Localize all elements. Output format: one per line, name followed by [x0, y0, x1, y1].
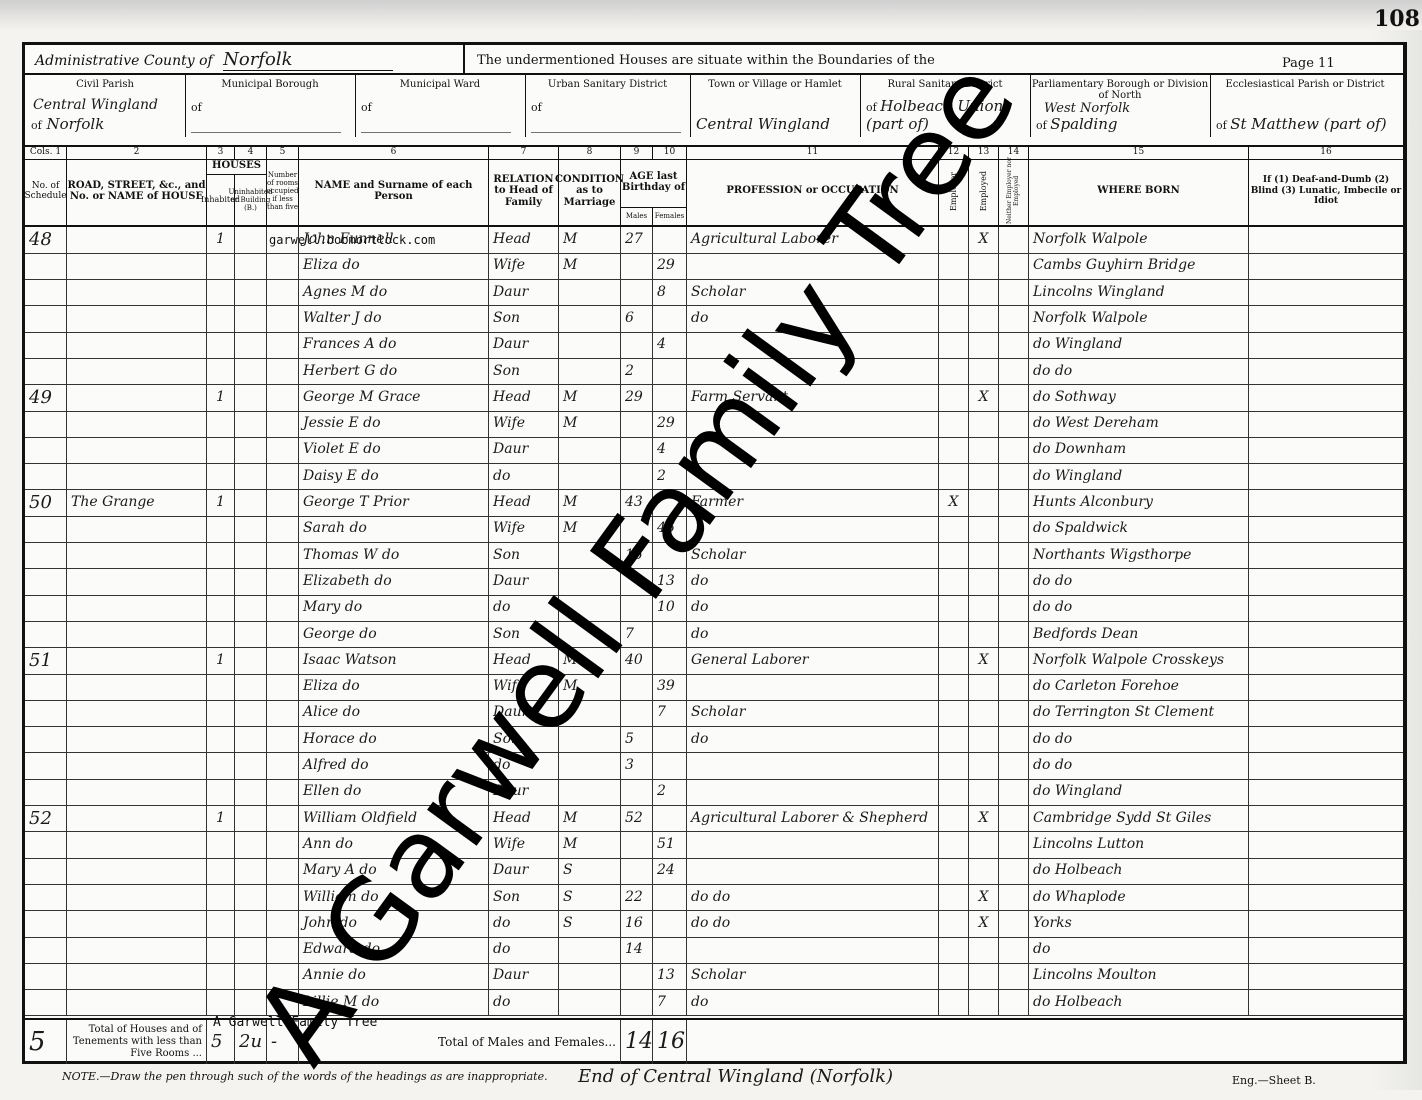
cell-rooms — [267, 306, 299, 332]
cell-schedule-number — [25, 306, 67, 332]
table-row: George doSon7doBedfords Dean — [25, 622, 1403, 649]
cell-relation: do — [489, 990, 559, 1016]
cell-infirmity — [1249, 963, 1403, 989]
cell-schedule-number — [25, 858, 67, 884]
cell-inhabited — [207, 569, 235, 595]
cell-male-age: 52 — [621, 806, 653, 832]
cell-employer — [939, 359, 969, 385]
cell-relation: Wife — [489, 411, 559, 437]
boundary-urban-sanitary: Urban Sanitary District of _____________… — [525, 75, 691, 137]
table-row: Eliza doWifeM29Cambs Guyhirn Bridge — [25, 253, 1403, 280]
cell-where-born: Lincolns Lutton — [1029, 832, 1249, 858]
cell-address — [67, 595, 207, 621]
cell-inhabited — [207, 411, 235, 437]
cell-relation: Son — [489, 543, 559, 569]
cell-neither — [999, 832, 1029, 858]
cell-infirmity — [1249, 779, 1403, 805]
cell-address — [67, 332, 207, 358]
cell-employer — [939, 911, 969, 937]
cell-rooms — [267, 280, 299, 306]
cell-inhabited — [207, 753, 235, 779]
cell-occupation: General Laborer — [687, 648, 939, 674]
cell-male-age — [621, 832, 653, 858]
cell-uninhabited — [235, 253, 267, 279]
cell-neither — [999, 806, 1029, 832]
cell-neither — [999, 648, 1029, 674]
header-where-born: WHERE BORN — [1029, 157, 1249, 225]
cell-where-born: Norfolk Walpole — [1029, 227, 1249, 253]
cell-occupation: do — [687, 990, 939, 1016]
cell-schedule-number — [25, 779, 67, 805]
cell-relation: Daur — [489, 280, 559, 306]
cell-rooms — [267, 332, 299, 358]
cell-male-age — [621, 280, 653, 306]
cell-address — [67, 885, 207, 911]
cell-condition — [559, 937, 621, 963]
cell-where-born: do Terrington St Clement — [1029, 700, 1249, 726]
cell-where-born: Lincolns Wingland — [1029, 280, 1249, 306]
cell-employed: X — [969, 648, 999, 674]
cell-occupation: do — [687, 727, 939, 753]
cell-address — [67, 727, 207, 753]
cell-schedule-number — [25, 516, 67, 542]
cell-employer — [939, 806, 969, 832]
cell-where-born: do Holbeach — [1029, 858, 1249, 884]
header-address: ROAD, STREET, &c., and No. or NAME of HO… — [67, 157, 207, 225]
cell-infirmity — [1249, 516, 1403, 542]
cell-relation: Son — [489, 306, 559, 332]
cell-rooms — [267, 359, 299, 385]
cell-female-age — [653, 911, 687, 937]
cell-employed — [969, 858, 999, 884]
table-row: John dodoS16do doXYorks — [25, 911, 1403, 938]
cell-address — [67, 753, 207, 779]
cell-neither — [999, 779, 1029, 805]
cell-male-age: 3 — [621, 753, 653, 779]
cell-male-age — [621, 990, 653, 1016]
cell-inhabited — [207, 700, 235, 726]
cell-occupation: Scholar — [687, 963, 939, 989]
cell-neither — [999, 306, 1029, 332]
cell-uninhabited — [235, 227, 267, 253]
header-condition: CONDITION as to Marriage — [559, 157, 621, 225]
total-males: 14 — [621, 1020, 653, 1064]
table-row: Edward dodo14do — [25, 937, 1403, 964]
cell-address: The Grange — [67, 490, 207, 516]
cell-inhabited: 1 — [207, 227, 235, 253]
cell-rooms — [267, 437, 299, 463]
cell-condition — [559, 306, 621, 332]
cell-person-name: Daisy E do — [299, 464, 489, 490]
cell-address — [67, 700, 207, 726]
cell-employer — [939, 963, 969, 989]
cell-address — [67, 253, 207, 279]
cell-where-born: Northants Wigsthorpe — [1029, 543, 1249, 569]
cell-female-age: 7 — [653, 700, 687, 726]
cell-occupation — [687, 753, 939, 779]
cell-address — [67, 359, 207, 385]
cell-employed — [969, 464, 999, 490]
cell-employed — [969, 963, 999, 989]
table-row: Agnes M doDaur8ScholarLincolns Wingland — [25, 280, 1403, 307]
cell-inhabited — [207, 727, 235, 753]
cell-condition: M — [559, 411, 621, 437]
cell-person-name: Agnes M do — [299, 280, 489, 306]
form-header: Administrative County of Norfolk The und… — [25, 45, 1403, 75]
cell-uninhabited — [235, 569, 267, 595]
cell-uninhabited — [235, 411, 267, 437]
cell-rooms — [267, 753, 299, 779]
cell-employer — [939, 437, 969, 463]
cell-schedule-number — [25, 937, 67, 963]
cell-female-age — [653, 306, 687, 332]
cell-condition: S — [559, 911, 621, 937]
cell-neither — [999, 359, 1029, 385]
cell-where-born: do Wingland — [1029, 464, 1249, 490]
cell-female-age — [653, 753, 687, 779]
cell-neither — [999, 253, 1029, 279]
cell-infirmity — [1249, 622, 1403, 648]
cell-rooms — [267, 516, 299, 542]
cell-employer: X — [939, 490, 969, 516]
cell-inhabited — [207, 911, 235, 937]
cell-employer — [939, 253, 969, 279]
cell-schedule-number — [25, 359, 67, 385]
cell-schedule-number — [25, 911, 67, 937]
cell-condition — [559, 779, 621, 805]
cell-condition — [559, 990, 621, 1016]
cell-male-age: 2 — [621, 359, 653, 385]
cell-employer — [939, 674, 969, 700]
cell-employer — [939, 595, 969, 621]
cell-employer — [939, 727, 969, 753]
cell-uninhabited — [235, 359, 267, 385]
cell-uninhabited — [235, 937, 267, 963]
cell-where-born: do Spaldwick — [1029, 516, 1249, 542]
boundary-municipal-ward: Municipal Ward of ____________________ — [355, 75, 526, 137]
cell-occupation: do do — [687, 911, 939, 937]
cell-infirmity — [1249, 700, 1403, 726]
cell-inhabited — [207, 306, 235, 332]
cell-employed — [969, 674, 999, 700]
cell-infirmity — [1249, 253, 1403, 279]
cell-infirmity — [1249, 437, 1403, 463]
cell-uninhabited — [235, 437, 267, 463]
cell-schedule-number — [25, 253, 67, 279]
cell-rooms — [267, 648, 299, 674]
cell-schedule-number: 49 — [25, 385, 67, 411]
table-row: Ann doWifeM51Lincolns Lutton — [25, 832, 1403, 859]
cell-inhabited — [207, 990, 235, 1016]
cell-schedule-number — [25, 464, 67, 490]
table-row: Mary A doDaurS24do Holbeach — [25, 858, 1403, 885]
cell-inhabited — [207, 253, 235, 279]
cell-person-name: Sarah do — [299, 516, 489, 542]
cell-employer — [939, 779, 969, 805]
cell-occupation: do — [687, 569, 939, 595]
cell-male-age — [621, 963, 653, 989]
cell-employer — [939, 306, 969, 332]
cell-person-name: Herbert G do — [299, 359, 489, 385]
table-row: 481John FunnellHeadM27Agricultural Labor… — [25, 227, 1403, 254]
scan-edge-top — [0, 0, 1422, 30]
cell-where-born: do do — [1029, 359, 1249, 385]
cell-relation: Head — [489, 490, 559, 516]
cell-neither — [999, 543, 1029, 569]
cell-female-age — [653, 648, 687, 674]
cell-male-age — [621, 700, 653, 726]
cell-employed — [969, 832, 999, 858]
cell-schedule-number — [25, 700, 67, 726]
cell-schedule-number — [25, 963, 67, 989]
cell-neither — [999, 385, 1029, 411]
folio-number: 108 — [1374, 6, 1420, 32]
cell-inhabited — [207, 832, 235, 858]
cell-person-name: Elizabeth do — [299, 569, 489, 595]
cell-uninhabited — [235, 700, 267, 726]
cell-female-age: 4 — [653, 332, 687, 358]
cell-person-name: Mary do — [299, 595, 489, 621]
cell-address — [67, 963, 207, 989]
cell-employer — [939, 622, 969, 648]
cell-occupation — [687, 858, 939, 884]
cell-female-age — [653, 227, 687, 253]
cell-occupation: do — [687, 595, 939, 621]
cell-schedule-number — [25, 280, 67, 306]
boundary-municipal-borough: Municipal Borough of ___________________… — [185, 75, 356, 137]
cell-male-age: 6 — [621, 306, 653, 332]
cell-uninhabited — [235, 280, 267, 306]
cell-rooms — [267, 806, 299, 832]
county-value: Norfolk — [223, 49, 393, 71]
cell-employer — [939, 411, 969, 437]
cell-person-name: John Funnell — [299, 227, 489, 253]
table-row: William doSonS22do doXdo Whaplode — [25, 885, 1403, 912]
cell-relation: Daur — [489, 332, 559, 358]
cell-occupation — [687, 832, 939, 858]
cell-uninhabited — [235, 727, 267, 753]
cell-address — [67, 411, 207, 437]
cell-employed — [969, 543, 999, 569]
table-row: Horace doSon5dodo do — [25, 727, 1403, 754]
cell-condition — [559, 963, 621, 989]
cell-rooms — [267, 674, 299, 700]
cell-uninhabited — [235, 832, 267, 858]
cell-rooms — [267, 490, 299, 516]
cell-address — [67, 622, 207, 648]
cell-employer — [939, 832, 969, 858]
cell-neither — [999, 490, 1029, 516]
cell-address — [67, 306, 207, 332]
cell-where-born: Bedfords Dean — [1029, 622, 1249, 648]
boundary-town-village: Town or Village or Hamlet Central Wingla… — [690, 75, 861, 137]
cell-occupation — [687, 674, 939, 700]
cell-rooms — [267, 885, 299, 911]
cell-where-born: do do — [1029, 569, 1249, 595]
cell-schedule-number: 50 — [25, 490, 67, 516]
cell-inhabited — [207, 280, 235, 306]
cell-neither — [999, 990, 1029, 1016]
cell-uninhabited — [235, 753, 267, 779]
cell-infirmity — [1249, 411, 1403, 437]
cell-relation: Wife — [489, 516, 559, 542]
cell-uninhabited — [235, 306, 267, 332]
cell-uninhabited — [235, 595, 267, 621]
cell-infirmity — [1249, 806, 1403, 832]
table-row: Eliza doWifeM39do Carleton Forehoe — [25, 674, 1403, 701]
cell-address — [67, 569, 207, 595]
cell-schedule-number — [25, 437, 67, 463]
cell-person-name: Violet E do — [299, 437, 489, 463]
cell-infirmity — [1249, 937, 1403, 963]
cell-uninhabited — [235, 622, 267, 648]
cell-infirmity — [1249, 832, 1403, 858]
cell-schedule-number: 48 — [25, 227, 67, 253]
cell-occupation: do do — [687, 885, 939, 911]
cell-employed — [969, 411, 999, 437]
cell-schedule-number: 51 — [25, 648, 67, 674]
cell-where-born: do Wingland — [1029, 332, 1249, 358]
cell-infirmity — [1249, 227, 1403, 253]
cell-where-born: do do — [1029, 595, 1249, 621]
cell-occupation: Scholar — [687, 700, 939, 726]
cell-inhabited — [207, 464, 235, 490]
cell-address — [67, 280, 207, 306]
cell-person-name: Jessie E do — [299, 411, 489, 437]
cell-address — [67, 543, 207, 569]
totals-label: Total of Houses and of Tenements with le… — [67, 1020, 207, 1064]
header-males: Males — [621, 207, 653, 225]
cell-employer — [939, 990, 969, 1016]
cell-employed: X — [969, 911, 999, 937]
cell-condition: S — [559, 858, 621, 884]
cell-uninhabited — [235, 516, 267, 542]
cell-neither — [999, 569, 1029, 595]
cell-infirmity — [1249, 464, 1403, 490]
cell-rooms — [267, 569, 299, 595]
cell-rooms — [267, 464, 299, 490]
end-note: End of Central Wingland (Norfolk) — [578, 1066, 893, 1087]
cell-schedule-number — [25, 674, 67, 700]
cell-where-born: do Wingland — [1029, 779, 1249, 805]
header-relation: RELATION to Head of Family — [489, 157, 559, 225]
table-row: Lillie M dodo7dodo Holbeach — [25, 990, 1403, 1017]
cell-schedule-number — [25, 753, 67, 779]
cell-infirmity — [1249, 280, 1403, 306]
cell-neither — [999, 595, 1029, 621]
cell-address — [67, 385, 207, 411]
cell-employed — [969, 253, 999, 279]
cell-neither — [999, 674, 1029, 700]
cell-female-age: 2 — [653, 779, 687, 805]
cell-uninhabited — [235, 674, 267, 700]
cell-schedule-number — [25, 832, 67, 858]
cell-uninhabited — [235, 464, 267, 490]
cell-neither — [999, 516, 1029, 542]
table-row: 521William OldfieldHeadM52Agricultural L… — [25, 806, 1403, 833]
cell-uninhabited — [235, 885, 267, 911]
cell-female-age: 24 — [653, 858, 687, 884]
cell-rooms — [267, 727, 299, 753]
header-age: AGE last Birthday of — [621, 157, 687, 207]
cell-neither — [999, 858, 1029, 884]
cell-employer — [939, 280, 969, 306]
cell-address — [67, 937, 207, 963]
cell-infirmity — [1249, 543, 1403, 569]
cell-person-name: Thomas W do — [299, 543, 489, 569]
cell-rooms — [267, 227, 299, 253]
cell-person-name: Frances A do — [299, 332, 489, 358]
cell-employer — [939, 700, 969, 726]
cell-person-name: George M Grace — [299, 385, 489, 411]
cell-male-age: 27 — [621, 227, 653, 253]
cell-neither — [999, 411, 1029, 437]
cell-condition: M — [559, 385, 621, 411]
cell-employed — [969, 595, 999, 621]
cell-employed — [969, 280, 999, 306]
cell-relation: Wife — [489, 253, 559, 279]
cell-infirmity — [1249, 858, 1403, 884]
cell-employed — [969, 359, 999, 385]
column-header-row: No. of Schedule ROAD, STREET, &c., and N… — [25, 157, 1403, 227]
cell-schedule-number: 52 — [25, 806, 67, 832]
cell-person-name: George T Prior — [299, 490, 489, 516]
cell-inhabited — [207, 674, 235, 700]
cell-address — [67, 990, 207, 1016]
cell-uninhabited — [235, 543, 267, 569]
cell-female-age: 8 — [653, 280, 687, 306]
cell-address — [67, 674, 207, 700]
cell-uninhabited — [235, 490, 267, 516]
county-field: Administrative County of Norfolk — [35, 49, 393, 71]
cell-infirmity — [1249, 306, 1403, 332]
cell-relation: do — [489, 464, 559, 490]
cell-address — [67, 806, 207, 832]
cell-female-age: 29 — [653, 253, 687, 279]
cell-employed — [969, 332, 999, 358]
cell-address — [67, 437, 207, 463]
boundary-ecclesiastical: Ecclesiastical Parish or District of St … — [1210, 75, 1400, 137]
cell-where-born: Hunts Alconbury — [1029, 490, 1249, 516]
cell-employed — [969, 990, 999, 1016]
cell-rooms — [267, 253, 299, 279]
cell-condition: M — [559, 227, 621, 253]
cell-employed — [969, 937, 999, 963]
cell-infirmity — [1249, 490, 1403, 516]
header-houses: HOUSES — [207, 157, 267, 175]
cell-schedule-number — [25, 595, 67, 621]
cell-employed: X — [969, 385, 999, 411]
cell-person-name: Isaac Watson — [299, 648, 489, 674]
cell-male-age: 22 — [621, 885, 653, 911]
cell-rooms — [267, 595, 299, 621]
cell-neither — [999, 963, 1029, 989]
cell-condition: M — [559, 806, 621, 832]
cell-inhabited — [207, 359, 235, 385]
cell-male-age — [621, 858, 653, 884]
cell-where-born: do Sothway — [1029, 385, 1249, 411]
header-infirmity: If (1) Deaf-and-Dumb (2) Blind (3) Lunat… — [1249, 157, 1403, 225]
cell-female-age: 39 — [653, 674, 687, 700]
cell-inhabited — [207, 332, 235, 358]
cell-neither — [999, 332, 1029, 358]
cell-inhabited: 1 — [207, 648, 235, 674]
cell-employed — [969, 437, 999, 463]
cell-inhabited — [207, 937, 235, 963]
cell-rooms — [267, 779, 299, 805]
cell-uninhabited — [235, 806, 267, 832]
cell-male-age — [621, 253, 653, 279]
